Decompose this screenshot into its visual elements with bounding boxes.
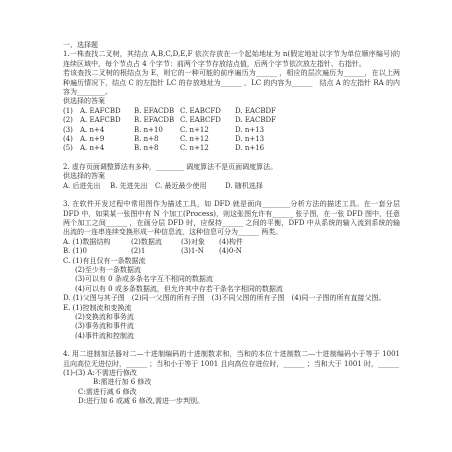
option-b: B. EFACDB bbox=[134, 107, 180, 116]
option-a3: (3)对象 bbox=[181, 238, 219, 247]
option-c: C. EABCFD bbox=[180, 116, 235, 125]
q3-option-row-b: B. (1)0 (2)1 (3)1-N (4)0-N bbox=[63, 247, 400, 256]
option-d: D. EACBDF bbox=[235, 107, 400, 116]
document-page: 一、选择题 1.一株查找二叉树，其结点 A,B,C,D,E,F 依次存放在一个起… bbox=[0, 0, 452, 452]
option-a: A. n+4 bbox=[80, 144, 134, 153]
q1-option-row-4: (4) A. n+9 B. n+8 C. n+12 D. n+13 bbox=[63, 135, 400, 144]
question-1-stem: 1.一株查找二叉树，其结点 A,B,C,D,E,F 依次存放在一个起始地址为 n… bbox=[63, 50, 400, 69]
option-b: B. n+10 bbox=[134, 126, 180, 135]
question-1-stem-blanks: 若该查找二叉树的根结点为 E，则它的一种可能的前序遍历为______ ，相应的层… bbox=[63, 69, 400, 97]
q4-option-b: B:需进行加 6 修改 bbox=[93, 378, 400, 387]
section-title: 一、选择题 bbox=[63, 41, 400, 50]
option-b: B. n+8 bbox=[134, 135, 180, 144]
option-d: D. n+16 bbox=[235, 144, 400, 153]
option-b4: (4)0-N bbox=[219, 247, 400, 256]
option-d: D. n+13 bbox=[235, 126, 400, 135]
row-number: (1) bbox=[63, 107, 80, 116]
question-1-answers-label: 供选择的答案 bbox=[63, 97, 400, 106]
option-a: A. EAFCBD bbox=[80, 107, 134, 116]
option-a2: (2)数据流 bbox=[131, 238, 181, 247]
q3-option-e-head: E. (1)控制流和变换流 bbox=[63, 304, 400, 313]
q3-option-c-sub-2: (2)至少有一条数据流 bbox=[75, 266, 400, 275]
row-number: (3) bbox=[63, 126, 80, 135]
option-d: D. EACBDF bbox=[235, 116, 400, 125]
question-3-stem: 3. 在软件开发过程中常用图作为描述工具，如 DFD 就是面向________分… bbox=[63, 200, 400, 238]
option-a: A. n+4 bbox=[80, 126, 134, 135]
q1-option-row-1: (1) A. EAFCBD B. EFACDB C. EABCFD D. EAC… bbox=[63, 107, 400, 116]
option-b: B. n+8 bbox=[134, 144, 180, 153]
option-b3: (3)1-N bbox=[181, 247, 219, 256]
q3-option-e-sub-2: (2)变换流和事务流 bbox=[75, 313, 400, 322]
q4-option-d: D:进行加 6 或减 6 修改,需进一步判别。 bbox=[78, 397, 400, 406]
question-2-stem: 2. 虚存页面调整算法有多种，________ 调度算法不是页面调度算法。 bbox=[63, 163, 400, 172]
option-d: D. 随机选择 bbox=[225, 182, 263, 191]
q4-option-c: C:需进行减 6 修改 bbox=[78, 388, 400, 397]
option-c: C. 最近最少使用 bbox=[155, 182, 225, 191]
option-d: D. n+13 bbox=[235, 135, 400, 144]
q2-option-row: A. 后进先出 B. 先进先出 C. 最近最少使用 D. 随机选择 bbox=[63, 182, 400, 191]
row-number: (2) bbox=[63, 116, 80, 125]
option-c: C. n+12 bbox=[180, 135, 235, 144]
q3-option-e-sub-3: (3)事务流和事件流 bbox=[75, 322, 400, 331]
question-2-answers-label: 供选择的答案 bbox=[63, 172, 400, 181]
row-number: (4) bbox=[63, 135, 80, 144]
q4-option-a: (1)-(3) A:不需进行修改 bbox=[63, 369, 400, 378]
q3-option-d: D. (1)父图与其子图 (2)同一父图的所有子图 (3)不同父图的所有子图 (… bbox=[63, 294, 400, 303]
option-b: B. (1)0 bbox=[63, 247, 131, 256]
option-c: C. EABCFD bbox=[180, 107, 235, 116]
row-number: (5) bbox=[63, 144, 80, 153]
option-a: A. 后进先出 bbox=[63, 182, 110, 191]
option-b: B. EFACDB bbox=[134, 116, 180, 125]
q3-option-c-sub-3: (3)可以有 0 条或多条名字互不相同的数据流 bbox=[75, 275, 400, 284]
option-b2: (2)1 bbox=[131, 247, 181, 256]
q3-option-c-sub-4: (4)可以有 0 或多条数据流，但允许其中存若干条名字相同的数据流 bbox=[75, 285, 400, 294]
exam-text-block: 一、选择题 1.一株查找二叉树，其结点 A,B,C,D,E,F 依次存放在一个起… bbox=[63, 41, 400, 407]
option-a4: (4)构件 bbox=[219, 238, 400, 247]
q3-option-e-sub-4: (4)事件流和控制流 bbox=[75, 332, 400, 341]
q3-option-row-a: A. (1)数据结构 (2)数据流 (3)对象 (4)构件 bbox=[63, 238, 400, 247]
q1-option-row-3: (3) A. n+4 B. n+10 C. n+12 D. n+13 bbox=[63, 126, 400, 135]
option-c: C. n+12 bbox=[180, 126, 235, 135]
q3-option-c-head: C. (1)有且仅有一条数据流 bbox=[63, 257, 400, 266]
option-a: A. EAFCBD bbox=[80, 116, 134, 125]
option-a: A. (1)数据结构 bbox=[63, 238, 131, 247]
question-4-stem: 4. 用二进制加法器对二—十进制编码的十进制数求和，当和的本位十进制数二—十进制… bbox=[63, 350, 400, 369]
q1-option-row-5: (5) A. n+4 B. n+8 C. n+12 D. n+16 bbox=[63, 144, 400, 153]
option-a: A. n+9 bbox=[80, 135, 134, 144]
option-c: C. n+12 bbox=[180, 144, 235, 153]
option-b: B. 先进先出 bbox=[110, 182, 155, 191]
q1-option-row-2: (2) A. EAFCBD B. EFACDB C. EABCFD D. EAC… bbox=[63, 116, 400, 125]
